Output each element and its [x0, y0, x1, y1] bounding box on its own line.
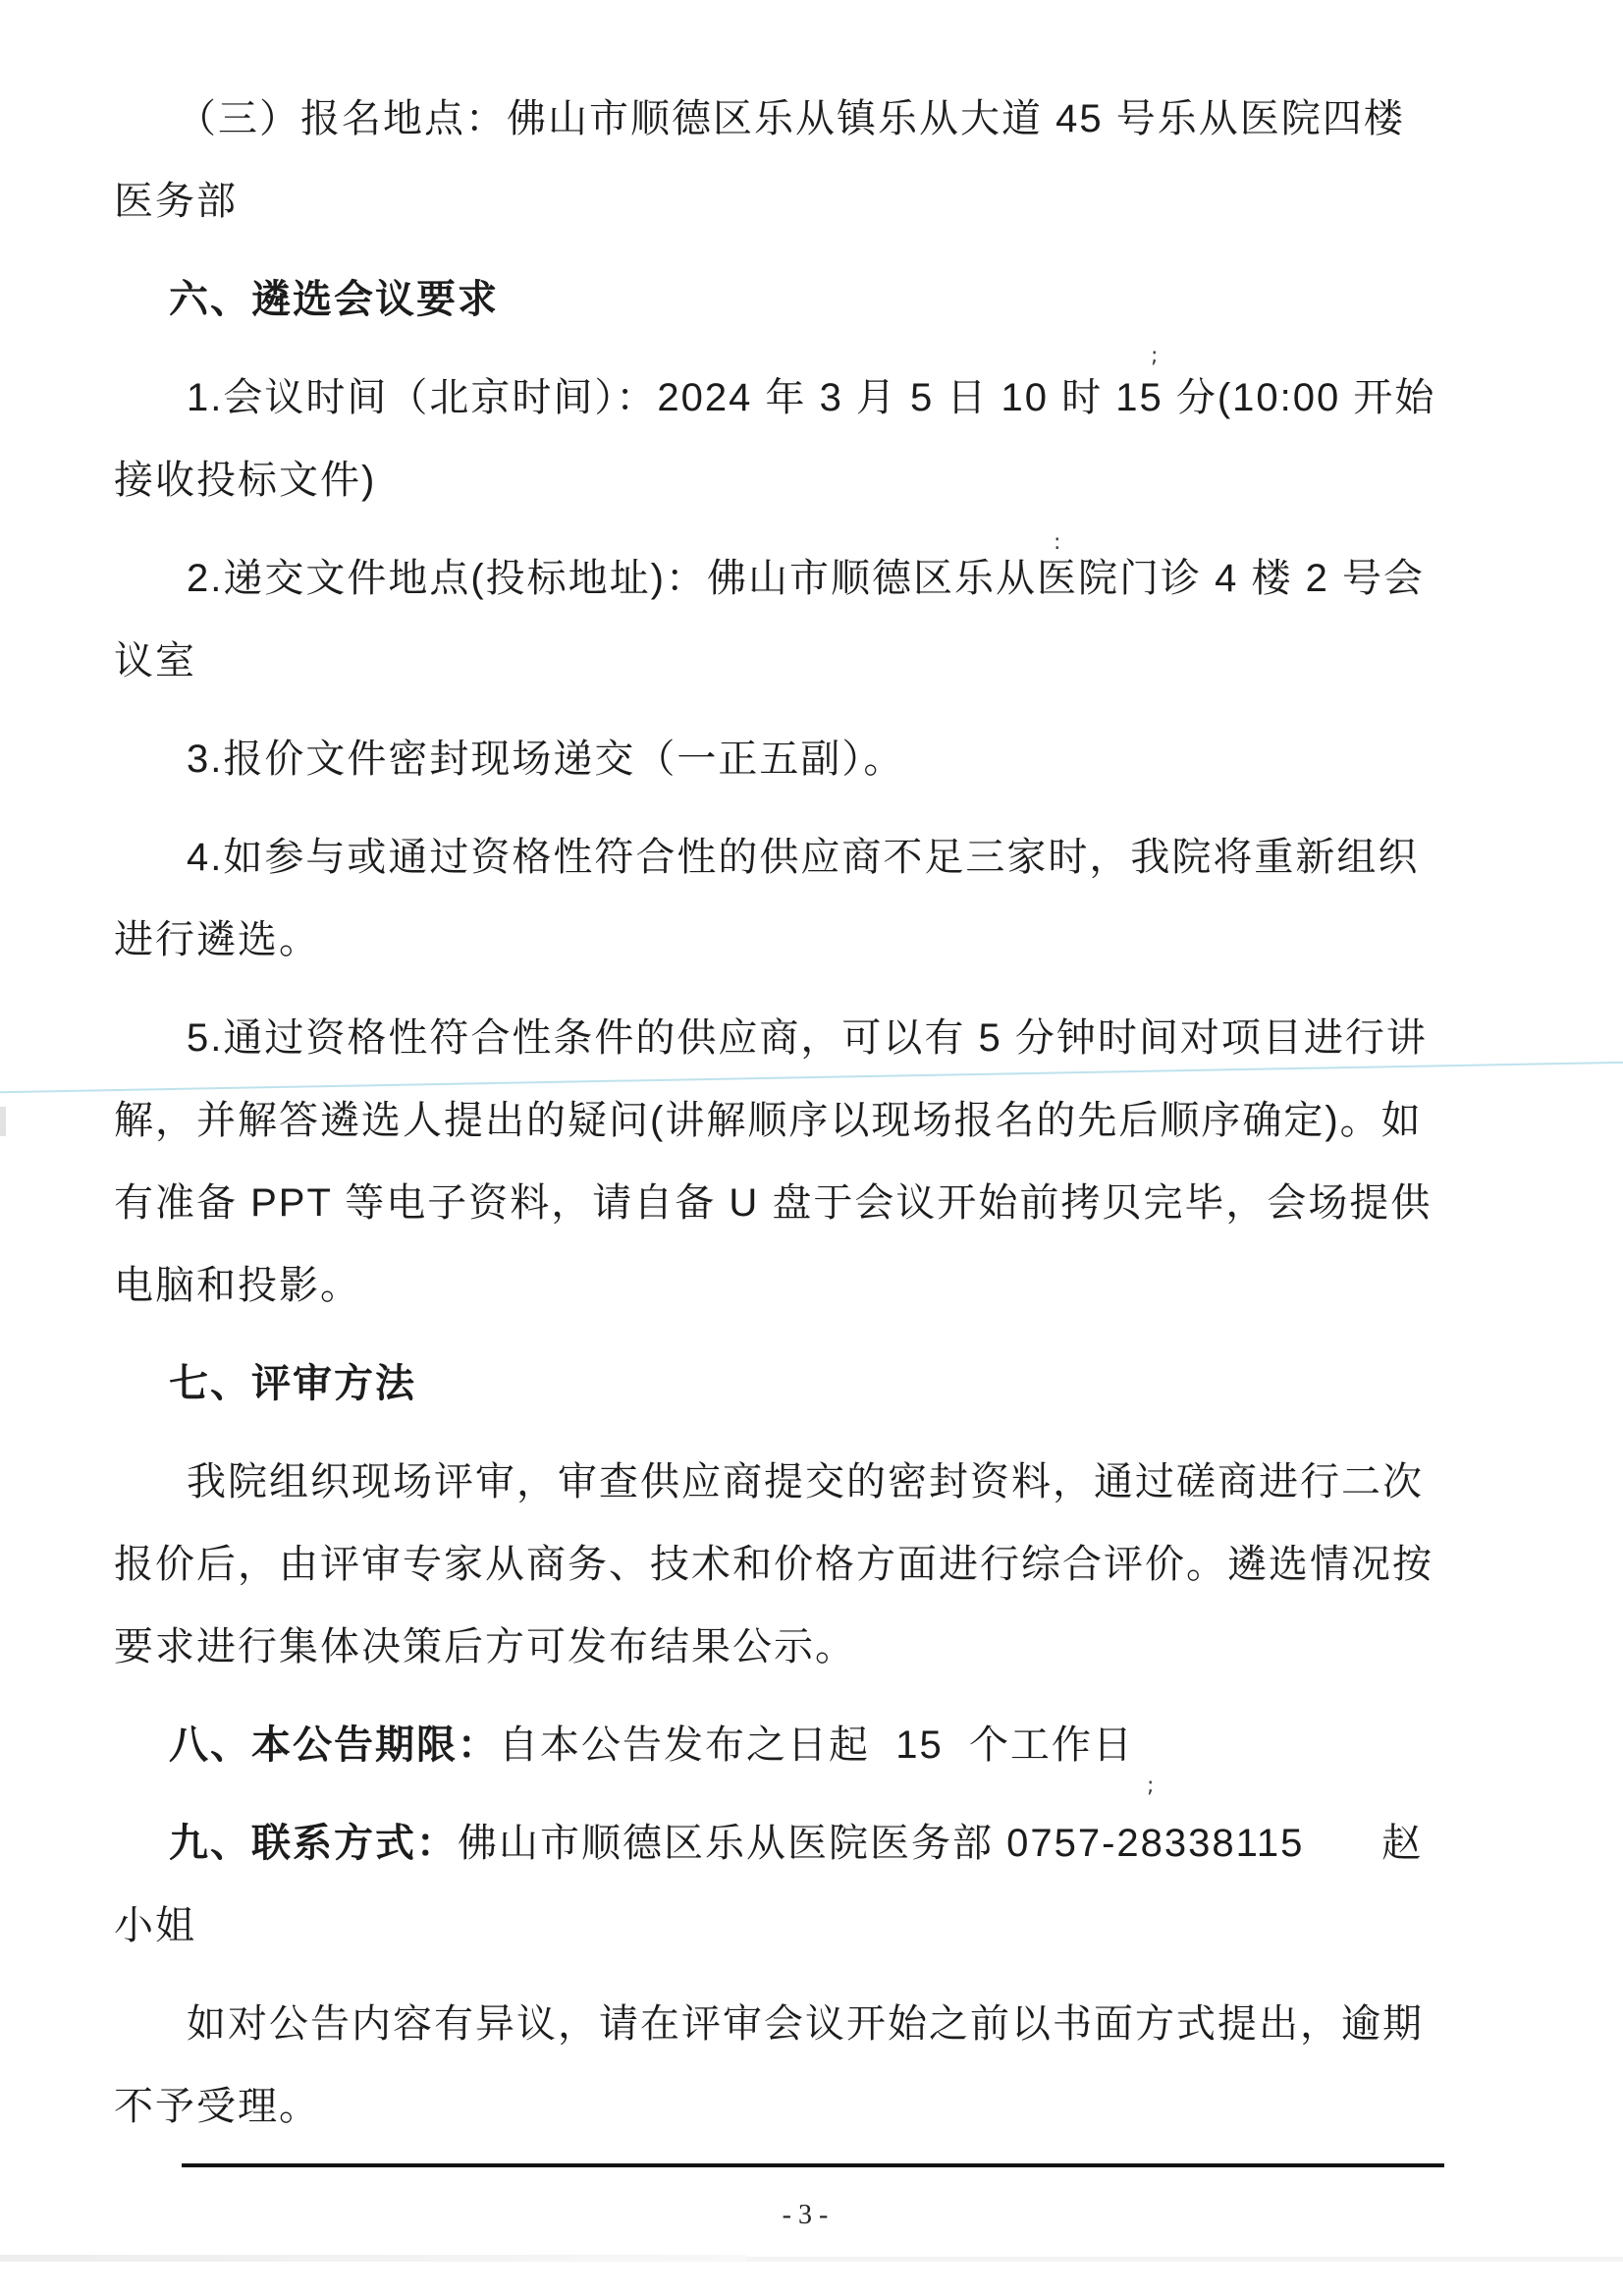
footer-rule: [182, 2163, 1444, 2167]
text-run: 2.递交文件地点(投标地址)：佛山市顺德区乐从医院门诊 4 楼 2 号会: [187, 557, 1425, 600]
scan-artifact-line: [0, 1062, 1623, 1094]
page-number: - 3 -: [746, 2200, 864, 2231]
scan-speck: ;: [1147, 1774, 1154, 1798]
text-run: 自本公告发布之日起 15 个工作日: [499, 1723, 1134, 1767]
text-run: 报价后，由评审专家从商务、技术和价格方面进行综合评价。遴选情况按: [114, 1543, 1434, 1586]
text-line: 六、遴选会议要求: [169, 274, 499, 325]
text-line: 2.递交文件地点(投标地址)：佛山市顺德区乐从医院门诊 4 楼 2 号会: [187, 553, 1425, 604]
scan-edge-mark: [0, 1107, 6, 1136]
text-run: 5.通过资格性符合性条件的供应商，可以有 5 分钟时间对项目进行讲: [187, 1016, 1428, 1060]
text-run: 佛山市顺德区乐从医院医务部 0757-28338115 赵: [458, 1822, 1423, 1865]
text-line: 议室: [114, 635, 196, 686]
text-line: 小姐: [114, 1900, 196, 1951]
text-run: 议室: [114, 639, 196, 683]
scan-speck: ;: [1151, 344, 1158, 368]
text-line: 有准备 PPT 等电子资料，请自备 U 盘于会议开始前拷贝完毕，会场提供: [114, 1177, 1432, 1229]
text-run: 4.如参与或通过资格性符合性的供应商不足三家时，我院将重新组织: [187, 836, 1419, 879]
text-line: 进行遴选。: [114, 914, 320, 965]
text-run: 我院组织现场评审，审查供应商提交的密封资料，通过磋商进行二次: [187, 1460, 1424, 1503]
text-run: 解，并解答遴选人提出的疑问(讲解顺序以现场报名的先后顺序确定)。如: [114, 1099, 1423, 1142]
text-line: 我院组织现场评审，审查供应商提交的密封资料，通过磋商进行二次: [187, 1456, 1424, 1507]
text-run: （三）报名地点：佛山市顺德区乐从镇乐从大道 45 号乐从医院四楼: [177, 97, 1405, 140]
text-line: 4.如参与或通过资格性符合性的供应商不足三家时，我院将重新组织: [187, 832, 1419, 883]
text-run-bold: 九、联系方式：: [169, 1822, 458, 1865]
scan-smudge: [746, 2257, 1623, 2262]
text-line: 5.通过资格性符合性条件的供应商，可以有 5 分钟时间对项目进行讲: [187, 1012, 1428, 1064]
text-line: 不予受理。: [114, 2081, 320, 2132]
text-line: 九、联系方式：佛山市顺德区乐从医院医务部 0757-28338115 赵: [169, 1818, 1423, 1869]
text-line: 报价后，由评审专家从商务、技术和价格方面进行综合评价。遴选情况按: [114, 1539, 1434, 1590]
text-run: 进行遴选。: [114, 918, 320, 961]
text-run-bold: 六、遴选会议要求: [169, 278, 499, 321]
text-run: 小姐: [114, 1904, 196, 1947]
text-line: （三）报名地点：佛山市顺德区乐从镇乐从大道 45 号乐从医院四楼: [177, 93, 1405, 144]
text-run: 医务部: [114, 180, 238, 223]
text-run: 1.会议时间（北京时间）：2024 年 3 月 5 日 10 时 15 分(10…: [187, 376, 1435, 419]
text-run: 如对公告内容有异议，请在评审会议开始之前以书面方式提出，逾期: [187, 2002, 1424, 2046]
text-run: 电脑和投影。: [114, 1264, 361, 1307]
text-run: 不予受理。: [114, 2085, 320, 2128]
text-line: 要求进行集体决策后方可发布结果公示。: [114, 1621, 856, 1672]
text-line: 1.会议时间（北京时间）：2024 年 3 月 5 日 10 时 15 分(10…: [187, 372, 1435, 423]
scan-speck: :: [1054, 530, 1060, 555]
text-run: 有准备 PPT 等电子资料，请自备 U 盘于会议开始前拷贝完毕，会场提供: [114, 1181, 1432, 1225]
scan-smudge: [0, 2255, 746, 2262]
text-run-bold: 七、评审方法: [169, 1362, 416, 1405]
text-run: 3.报价文件密封现场递交（一正五副）。: [187, 738, 904, 781]
text-line: 3.报价文件密封现场递交（一正五副）。: [187, 734, 904, 785]
text-run: 要求进行集体决策后方可发布结果公示。: [114, 1625, 856, 1668]
text-line: 电脑和投影。: [114, 1260, 361, 1311]
text-line: 如对公告内容有异议，请在评审会议开始之前以书面方式提出，逾期: [187, 1998, 1424, 2050]
text-line: 解，并解答遴选人提出的疑问(讲解顺序以现场报名的先后顺序确定)。如: [114, 1095, 1423, 1146]
document-page: （三）报名地点：佛山市顺德区乐从镇乐从大道 45 号乐从医院四楼医务部六、遴选会…: [0, 0, 1623, 2296]
text-line: 医务部: [114, 176, 238, 227]
text-line: 八、本公告期限：自本公告发布之日起 15 个工作日: [169, 1720, 1134, 1771]
text-run-bold: 八、本公告期限：: [169, 1723, 499, 1767]
text-run: 接收投标文件): [114, 459, 376, 502]
text-line: 七、评审方法: [169, 1358, 416, 1409]
text-line: 接收投标文件): [114, 455, 376, 506]
